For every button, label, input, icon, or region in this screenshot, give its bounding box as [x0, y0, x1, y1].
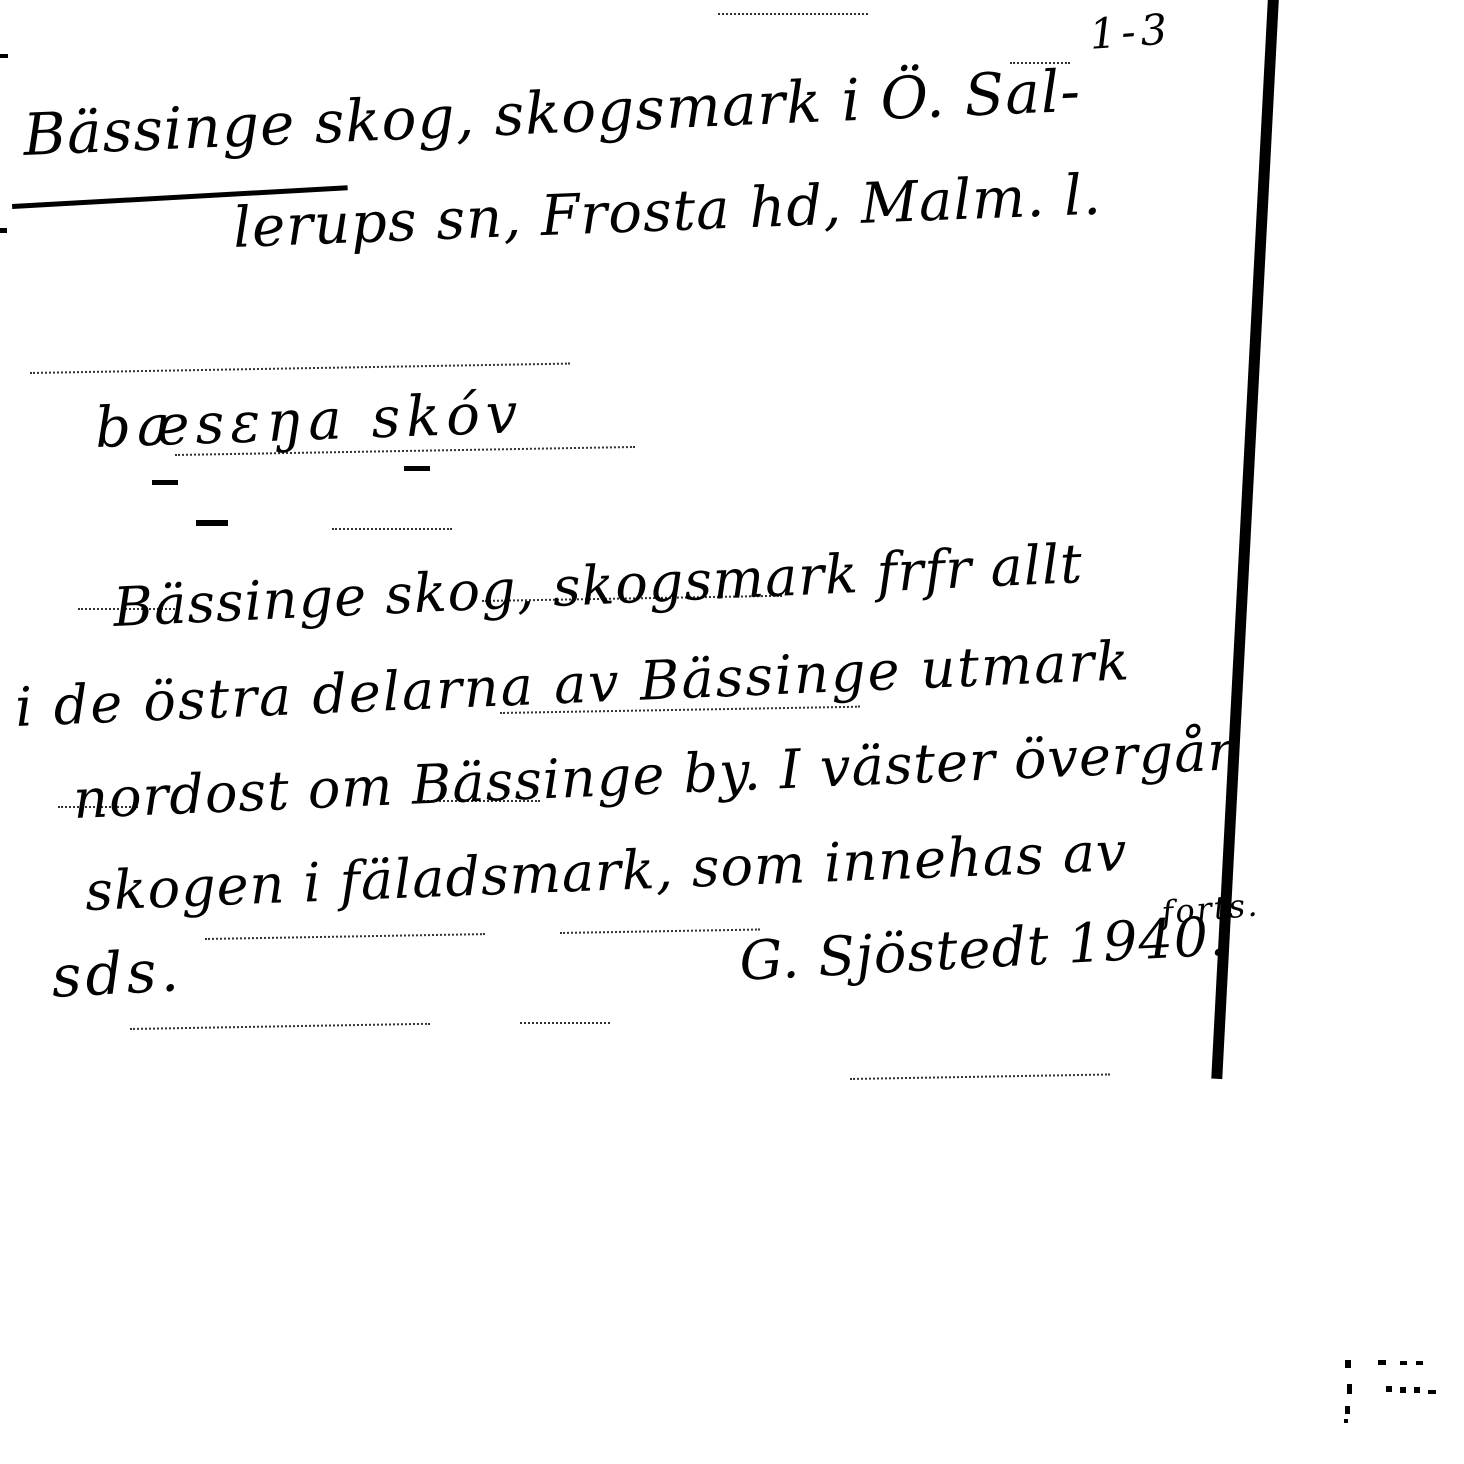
scan-artifact-line	[1010, 62, 1070, 64]
scan-speck	[1416, 1361, 1423, 1365]
scan-speck	[1428, 1390, 1436, 1394]
scan-artifact-line	[130, 1023, 430, 1030]
scan-artifact-line	[332, 528, 452, 530]
scan-artifact-line	[58, 806, 138, 808]
header-line-1-rest: , skogsmark i Ö. Sal-	[454, 57, 1082, 151]
scan-artifact-line	[520, 1022, 610, 1024]
scan-speck	[1400, 1361, 1407, 1365]
headword: Bässinge skog	[22, 83, 457, 169]
bottom-left-note: sds.	[50, 939, 184, 1010]
scan-speck	[1347, 1384, 1352, 1394]
scan-speck	[1414, 1387, 1420, 1393]
scan-artifact-line	[718, 13, 868, 15]
header-line-2: lerups sn, Frosta hd, Malm. l.	[232, 165, 1103, 260]
header-line-1: Bässinge skog, skogsmark i Ö. Sal-	[22, 60, 1082, 168]
signature: G. Sjöstedt 1940.	[738, 906, 1229, 991]
body-line: skogen i fäladsmark, som innehas av	[84, 822, 1128, 921]
body-line: Bässinge skog, skogsmark frfr allt	[112, 534, 1084, 637]
scan-artifact-line	[78, 608, 178, 610]
scan-speck	[0, 54, 8, 58]
scan-artifact-line	[30, 363, 570, 374]
scan-artifact-line	[420, 800, 540, 802]
phonetic-underline-mark	[152, 480, 178, 485]
phonetic-underline-mark	[196, 520, 228, 526]
scan-speck	[1378, 1360, 1386, 1365]
scan-speck	[1345, 1406, 1350, 1414]
scanned-document-page: 1-3 Bässinge skog, skogsmark i Ö. Sal- l…	[0, 0, 1464, 1464]
scan-artifact-line	[560, 929, 760, 934]
scan-speck	[1344, 1419, 1348, 1423]
scan-speck	[0, 228, 7, 233]
scan-speck	[1345, 1360, 1351, 1368]
scan-artifact-line	[205, 933, 485, 940]
scan-artifact-line	[850, 1073, 1110, 1080]
page-number: 1-3	[1088, 6, 1174, 58]
body-line: nordost om Bässinge by. I väster övergår	[72, 721, 1235, 829]
scan-speck	[1400, 1387, 1406, 1393]
phonetic-underline-mark	[404, 466, 430, 471]
scan-speck	[1386, 1386, 1392, 1392]
body-line: i de östra delarna av Bässinge utmark	[14, 631, 1132, 737]
